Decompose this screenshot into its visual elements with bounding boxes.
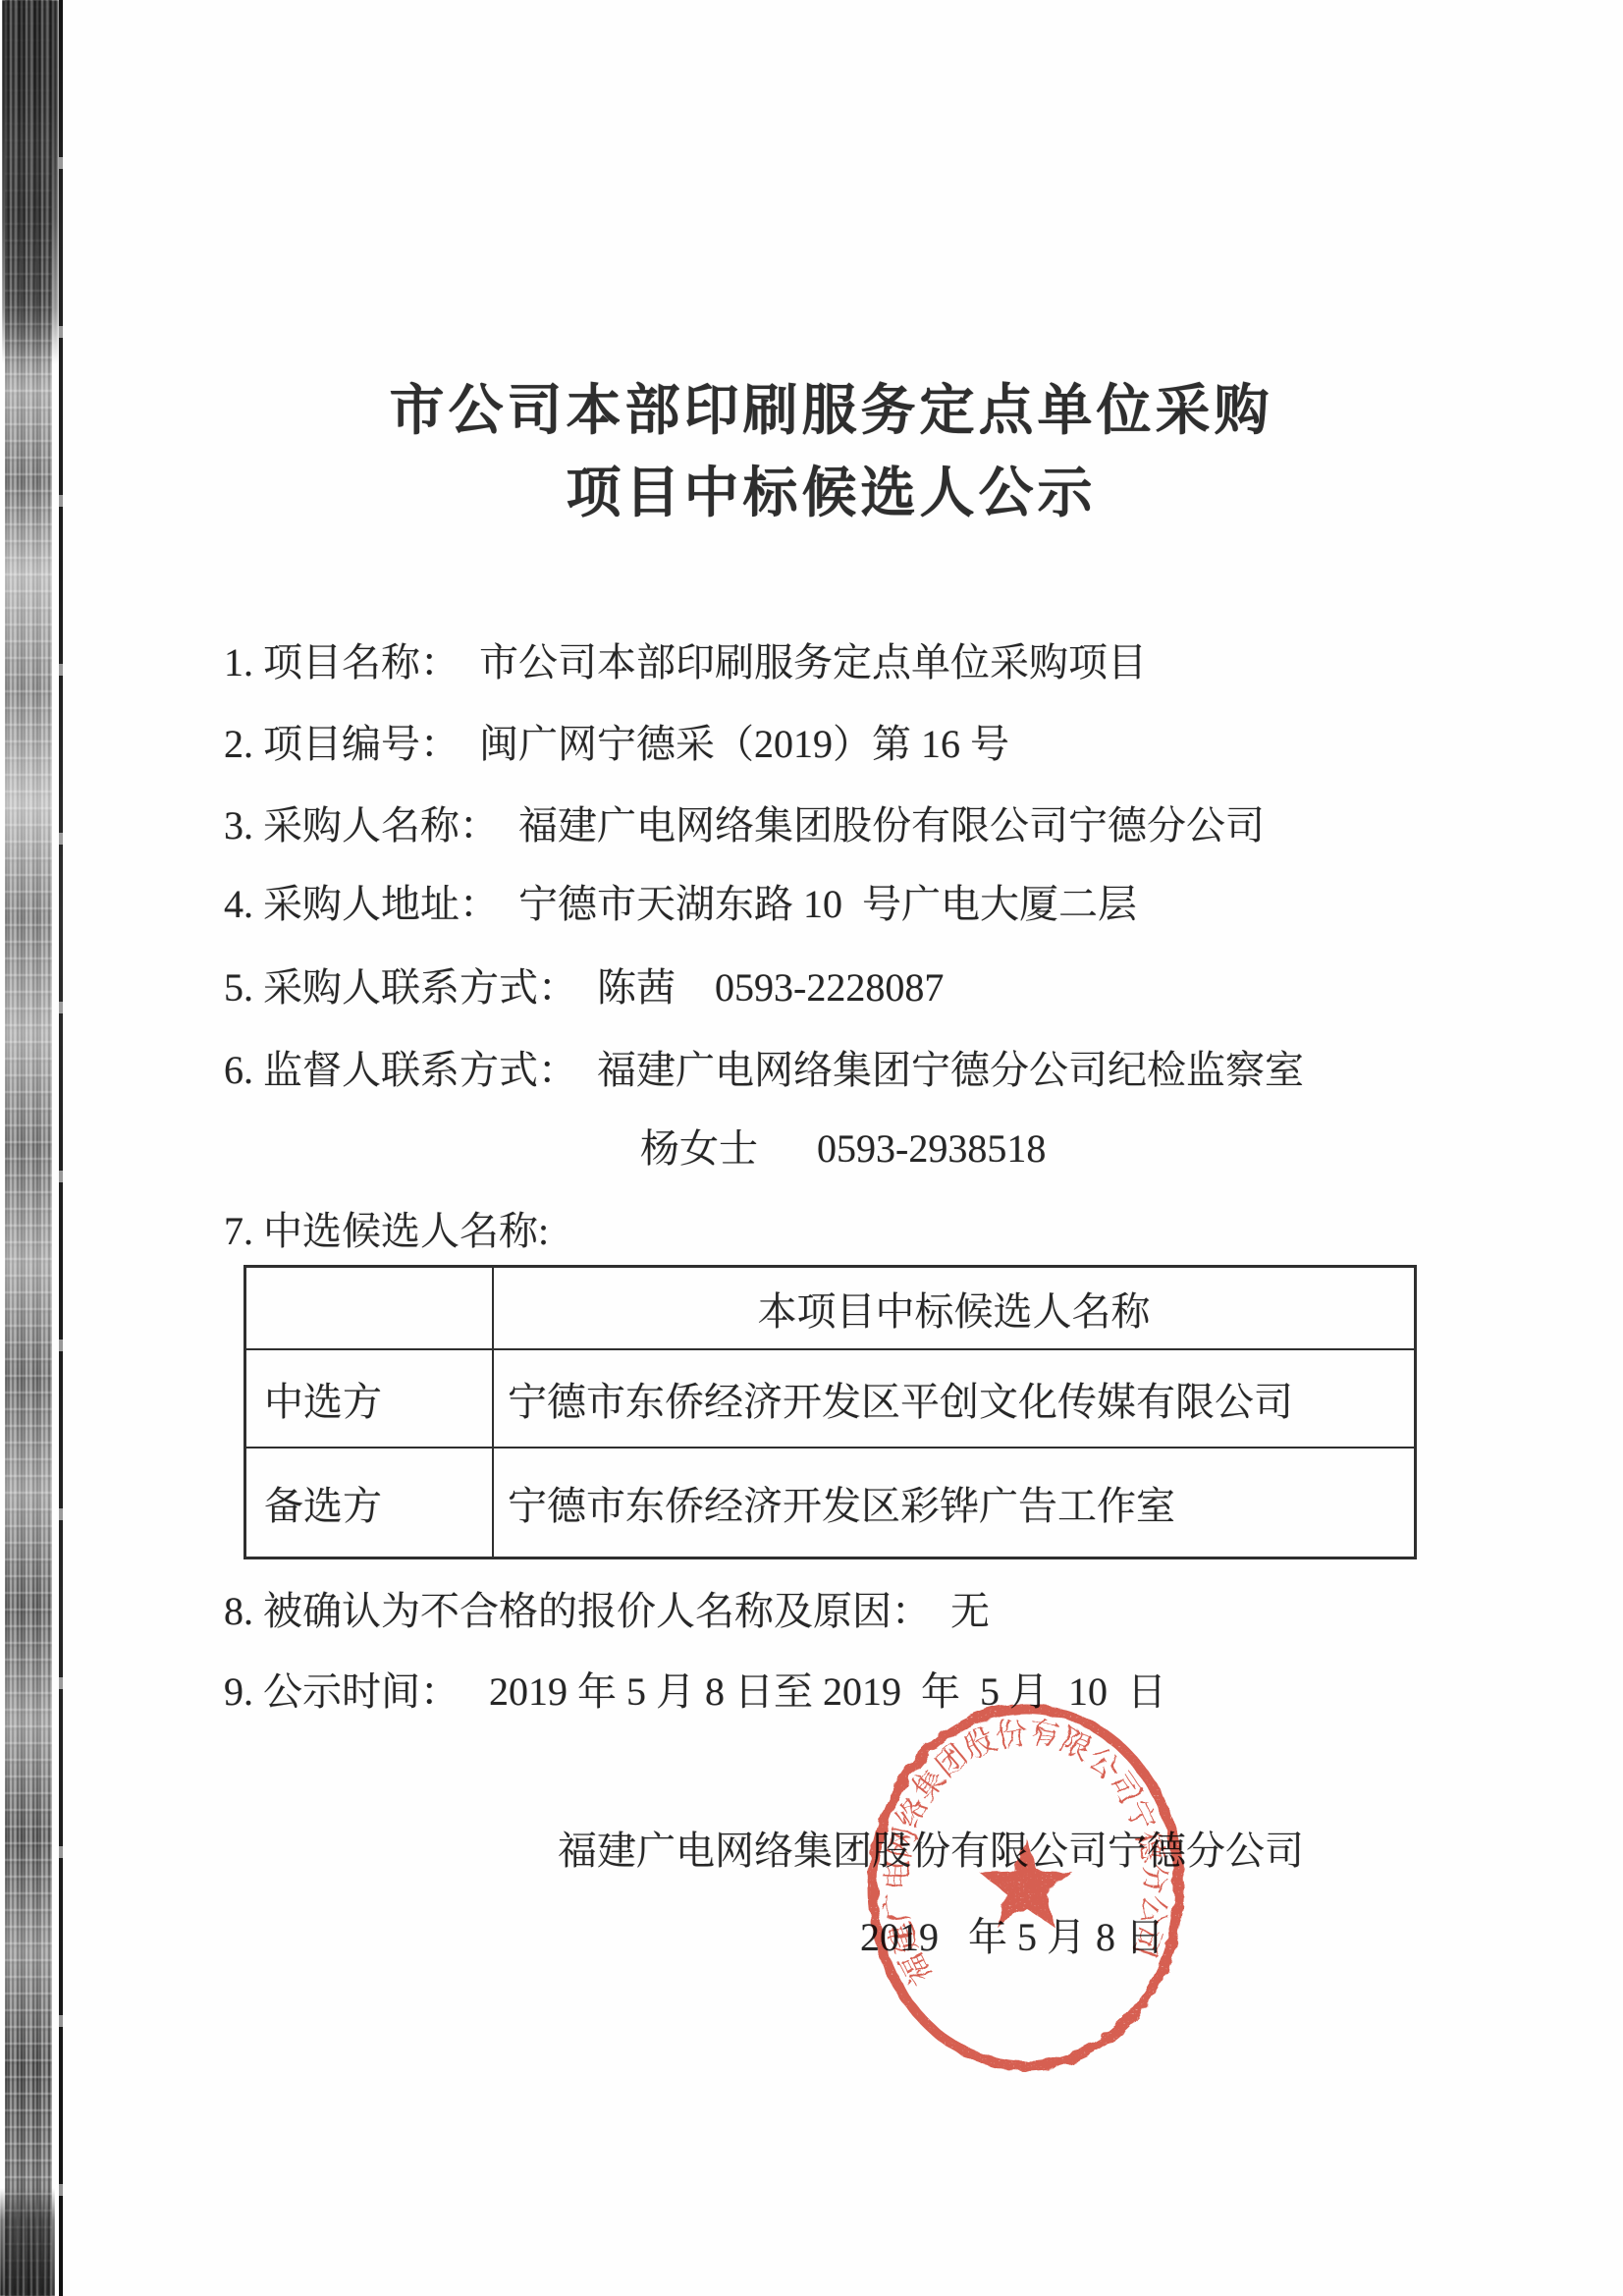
table-row-label: 中选方 <box>246 1350 494 1449</box>
item-publicity-period: 9. 公示时间： 2019 年 5 月 8 日至 2019 年 5 月 10 日 <box>224 1668 1166 1716</box>
item-project-number: 2. 项目编号： 闽广网宁德采（2019）第 16 号 <box>224 721 1009 768</box>
official-seal-stamp: 福建广电网络集团股份有限公司宁德分公司 <box>844 1691 1208 2084</box>
scan-artifact-vertical-line <box>59 0 63 2296</box>
item-purchaser-contact: 5. 采购人联系方式： 陈茜 0593-2228087 <box>224 964 944 1011</box>
title-line-1: 市公司本部印刷服务定点单位采购 <box>39 369 1623 452</box>
item-supervisor-contact: 6. 监督人联系方式： 福建广电网络集团宁德分公司纪检监察室 <box>224 1047 1304 1094</box>
item-purchaser-address: 4. 采购人地址： 宁德市天湖东路 10 号广电大厦二层 <box>224 881 1137 928</box>
candidates-table: 本项目中标候选人名称 中选方 宁德市东侨经济开发区平创文化传媒有限公司 备选方 … <box>243 1265 1417 1559</box>
table-header-cell: 本项目中标候选人名称 <box>494 1268 1414 1350</box>
signature-date: 2019 年 5 月 8 日 <box>860 1914 1164 1961</box>
table-corner-cell <box>246 1268 494 1350</box>
item-disqualified-bidders: 8. 被确认为不合格的报价人名称及原因： 无 <box>224 1588 990 1635</box>
table-row-label: 备选方 <box>246 1449 494 1557</box>
signature-company: 福建广电网络集团股份有限公司宁德分公司 <box>558 1828 1304 1875</box>
scanned-document-page: 市公司本部印刷服务定点单位采购 项目中标候选人公示 1. 项目名称： 市公司本部… <box>0 0 1623 2296</box>
item-selected-candidates-heading: 7. 中选候选人名称: <box>224 1208 549 1255</box>
seal-outer-ring <box>873 1709 1179 2066</box>
document-title: 市公司本部印刷服务定点单位采购 项目中标候选人公示 <box>39 369 1623 534</box>
table-row-value: 宁德市东侨经济开发区平创文化传媒有限公司 <box>494 1350 1414 1449</box>
item-project-name: 1. 项目名称： 市公司本部印刷服务定点单位采购项目 <box>224 639 1147 686</box>
scan-artifact-top-left-blotch <box>2 0 59 363</box>
scan-artifact-bottom-left-blotch <box>0 2188 55 2296</box>
title-line-2: 项目中标候选人公示 <box>39 452 1623 534</box>
item-supervisor-contact-continued: 杨女士 0593-2938518 <box>640 1125 1046 1173</box>
table-row-value: 宁德市东侨经济开发区彩铧广告工作室 <box>494 1449 1414 1557</box>
item-purchaser-name: 3. 采购人名称： 福建广电网络集团股份有限公司宁德分公司 <box>224 802 1265 849</box>
